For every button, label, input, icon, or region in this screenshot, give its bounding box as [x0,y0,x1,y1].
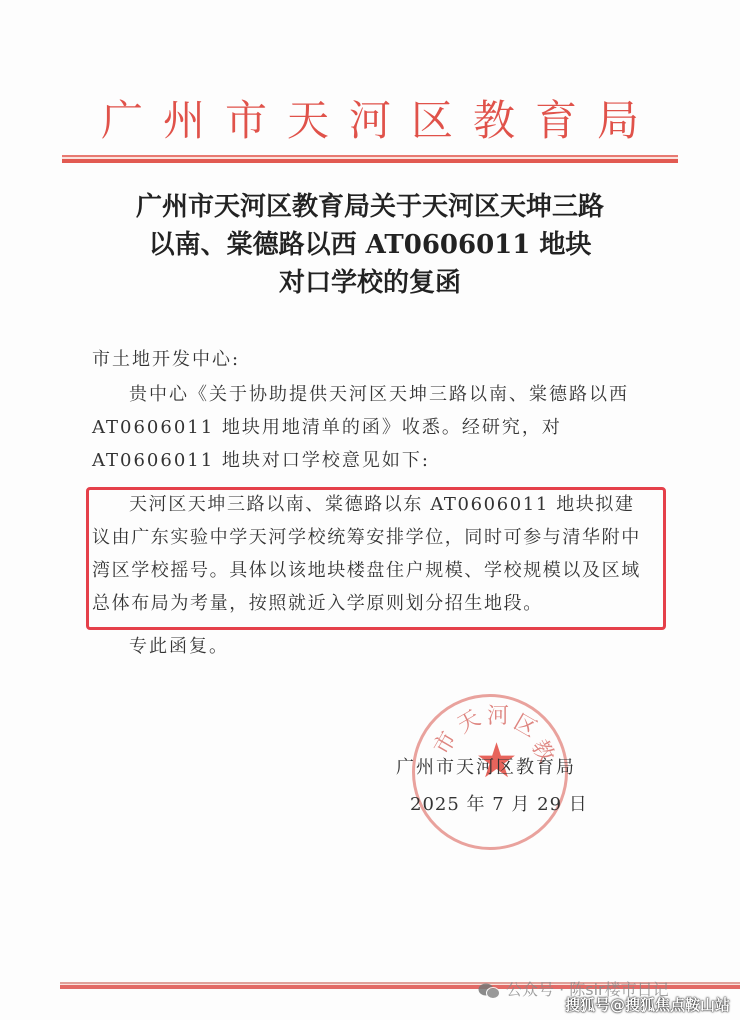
title-line-2: 以南、棠德路以西 AT0606011 地块 [0,226,740,264]
paragraph-school-assignment: 天河区天坤三路以南、棠德路以东 AT0606011 地块拟建议由广东实验中学天河… [92,488,654,620]
letterhead-divider [62,155,678,163]
paragraph-request: 贵中心《关于协助提供天河区天坤三路以南、棠德路以西AT0606011 地块用地清… [92,378,652,477]
title-line-1: 广州市天河区教育局关于天河区天坤三路 [0,188,740,226]
sohu-watermark: 搜狐号@搜狐焦点鞍山站 [565,994,730,1015]
wechat-icon [478,983,500,999]
signature-date: 2025 年 7 月 29 日 [410,790,588,816]
seal-char: 河 [487,699,509,730]
document-title: 广州市天河区教育局关于天河区天坤三路 以南、棠德路以西 AT0606011 地块… [0,188,740,302]
closing-text: 专此函复。 [92,630,652,663]
signer-name: 广州市天河区教育局 [396,753,576,779]
salutation: 市土地开发中心: [92,343,652,376]
title-line-3: 对口学校的复函 [0,264,740,302]
letterhead-org-name: 广州市天河区教育局 [0,88,740,148]
